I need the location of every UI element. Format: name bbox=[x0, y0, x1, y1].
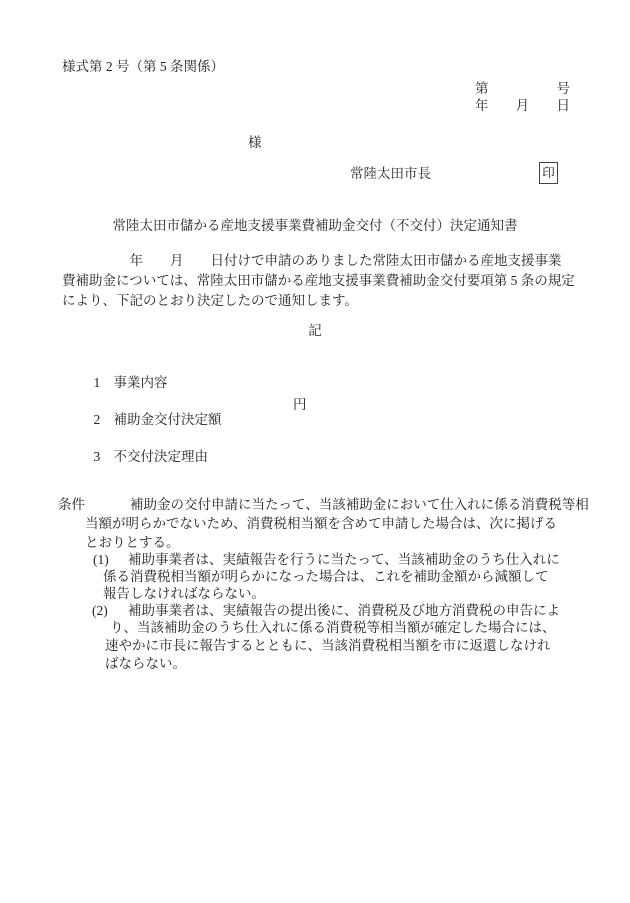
item-number: 3 bbox=[94, 449, 114, 464]
condition-item-1-line-1: 補助事業者は、実績報告を行うに当たって、当該補助金のうち仕入れに bbox=[128, 552, 560, 567]
condition-item-2-line-4: ばならない。 bbox=[105, 656, 186, 671]
condition-item-1-line-2: 係る消費税相当額が明らかになった場合は、これを補助金額から減額して bbox=[103, 569, 549, 584]
document-number-line: 第 号 bbox=[475, 80, 570, 97]
item-row-non-grant-reason: 3不交付決定理由 bbox=[80, 434, 208, 479]
item-label: 補助金交付決定額 bbox=[114, 412, 222, 427]
sender-title: 常陸太田市長 bbox=[350, 166, 431, 181]
conditions-label: 条件 bbox=[58, 497, 85, 512]
document-number-suffix: 号 bbox=[557, 80, 571, 97]
date-month-label: 月 bbox=[516, 97, 530, 114]
item-number: 1 bbox=[94, 375, 114, 390]
form-number-label: 様式第 2 号（第 5 条関係） bbox=[62, 59, 224, 74]
condition-item-2-marker: (2) bbox=[92, 603, 108, 618]
date-year-label: 年 bbox=[475, 97, 489, 114]
amount-unit-label: 円 bbox=[293, 397, 307, 412]
document-page: 様式第 2 号（第 5 条関係） 第 号 年 月 日 様 常陸太田市長 印 常陸… bbox=[0, 0, 630, 903]
document-number-date-block: 第 号 年 月 日 bbox=[475, 80, 570, 114]
item-label: 不交付決定理由 bbox=[114, 449, 209, 464]
conditions-intro-line-3: とおりとする。 bbox=[85, 535, 180, 550]
opening-paragraph-line-2: 費補助金については、常陸太田市儲かる産地支援事業費補助金交付要項第 5 条の規定 bbox=[62, 273, 575, 288]
condition-item-1-line-3: 報告しなければならない。 bbox=[103, 586, 265, 601]
date-line: 年 月 日 bbox=[475, 97, 570, 114]
conditions-intro-line-1: 補助金の交付申請に当たって、当該補助金において仕入れに係る消費税等相 bbox=[130, 497, 589, 512]
addressee-honorific: 様 bbox=[248, 135, 262, 150]
conditions-intro-line-2: 当額が明らかでないため、消費税相当額を含めて申請した場合は、次に掲げる bbox=[85, 516, 557, 531]
condition-item-1-marker: (1) bbox=[93, 552, 109, 567]
opening-paragraph-line-1: 年 月 日付けで申請のありました常陸太田市儲かる産地支援事業 bbox=[62, 253, 562, 268]
condition-item-2-line-1: 補助事業者は、実績報告の提出後に、消費税及び地方消費税の申告によ bbox=[128, 603, 560, 618]
document-number-prefix: 第 bbox=[475, 80, 489, 97]
condition-item-2-line-2: り、当該補助金のうち仕入れに係る消費税等相当額が確定した場合には、 bbox=[110, 620, 556, 635]
date-day-label: 日 bbox=[557, 97, 571, 114]
item-label: 事業内容 bbox=[114, 375, 168, 390]
record-heading: 記 bbox=[0, 323, 630, 338]
item-number: 2 bbox=[94, 412, 114, 427]
seal-stamp-box: 印 bbox=[539, 162, 558, 184]
opening-paragraph-line-3: により、下記のとおり決定したので通知します。 bbox=[62, 293, 358, 308]
condition-item-2-line-3: 速やかに市長に報告するとともに、当該消費税相当額を市に返還しなけれ bbox=[105, 638, 551, 653]
document-title: 常陸太田市儲かる産地支援事業費補助金交付（不交付）決定通知書 bbox=[0, 218, 630, 233]
